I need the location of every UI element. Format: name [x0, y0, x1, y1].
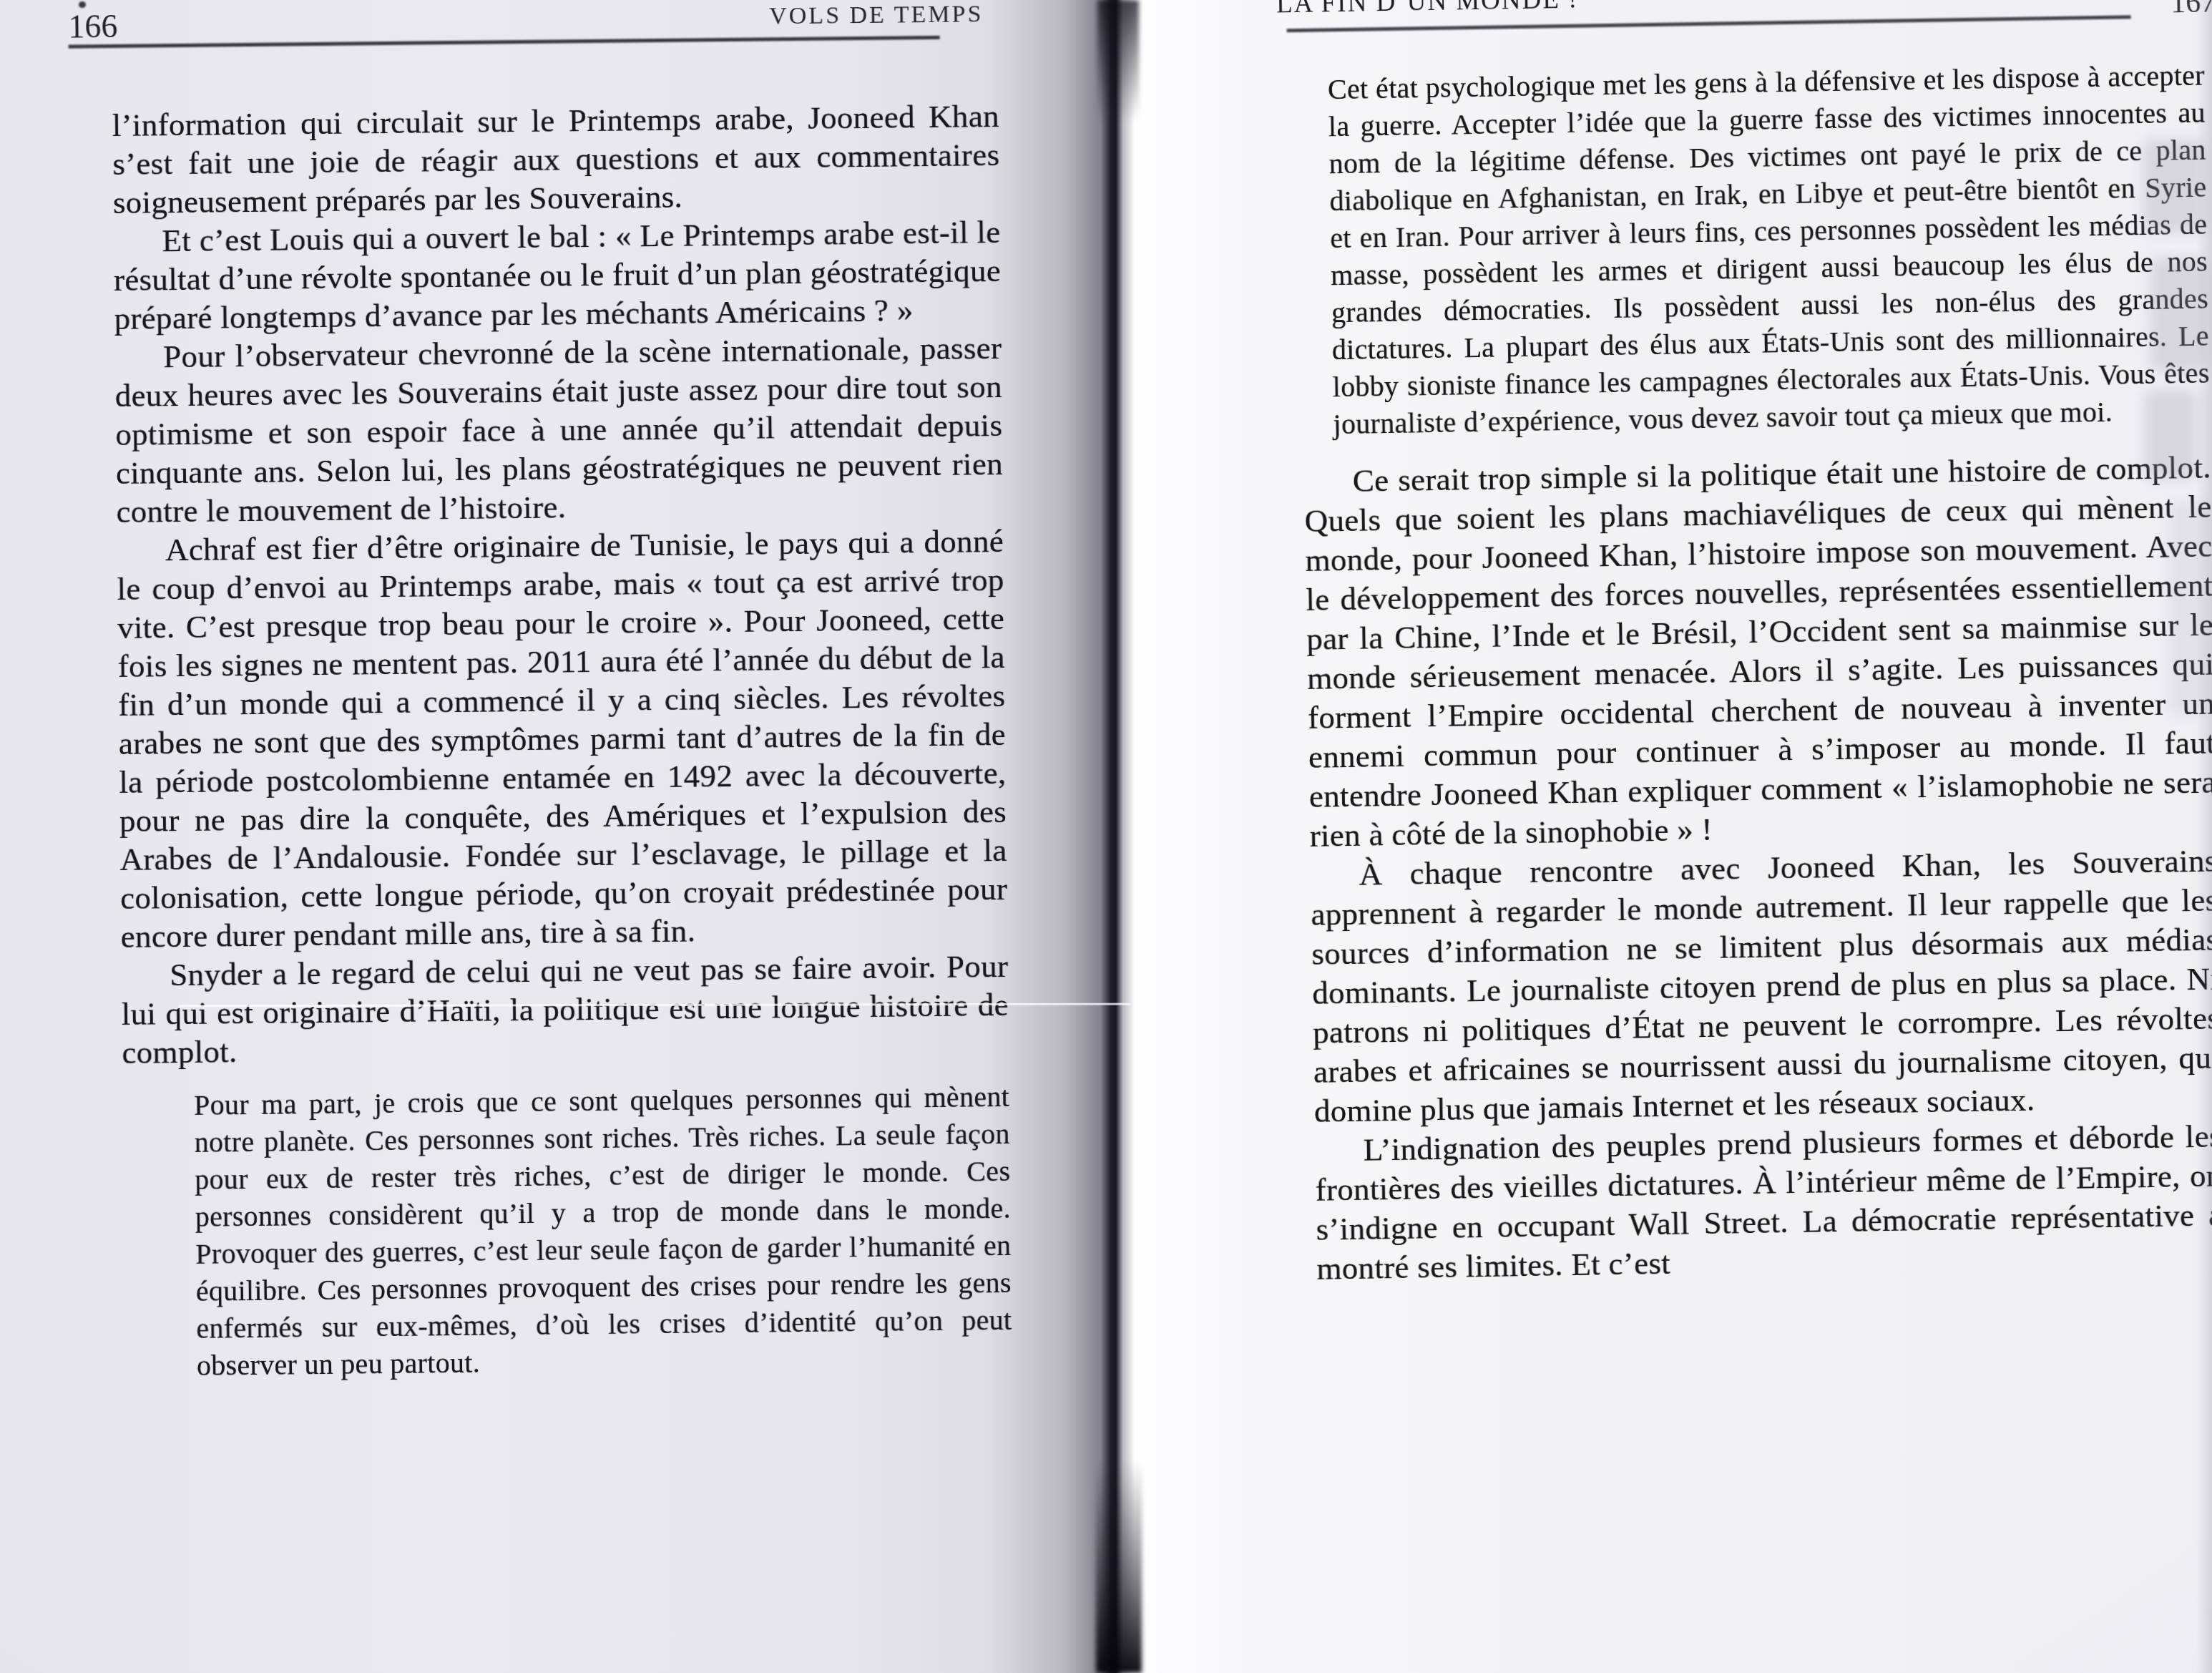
right-page-text: Cet état psychologique met les gens à la…: [1298, 57, 2212, 1289]
spine-gutter-shadow: [987, 0, 1159, 1673]
body-paragraph: L’indignation des peuples prend plusieur…: [1314, 1116, 2212, 1288]
body-paragraph: Et c’est Louis qui a ouvert le bal : « L…: [113, 213, 1002, 338]
header-rule-right: [1287, 15, 2131, 32]
scan-edge-shading: [2196, 0, 2212, 1673]
bleed-through-mark: [2143, 140, 2204, 233]
right-page: LA FIN D’UN MONDE ! 167 Cet état psychol…: [1296, 0, 2212, 1673]
block-quote: Pour ma part, je crois que ce sont quelq…: [194, 1078, 1012, 1385]
left-page: 166 VOLS DE TEMPS l’information qui circ…: [111, 0, 1015, 1673]
block-quote-continuation: Cet état psychologique met les gens à la…: [1328, 57, 2211, 444]
header-rule-left: [69, 36, 940, 49]
body-paragraph: Achraf est fier d’être originaire de Tun…: [117, 522, 1008, 956]
body-paragraph: À chaque rencontre avec Jooneed Khan, le…: [1310, 841, 2212, 1131]
body-paragraph: Snyder a le regard de celui qui ne veut …: [121, 947, 1009, 1072]
body-paragraph: l’information qui circulait sur le Print…: [112, 97, 1001, 222]
book-scan: 166 VOLS DE TEMPS l’information qui circ…: [0, 0, 2212, 1673]
body-paragraph: Ce serait trop simple si la politique ét…: [1303, 448, 2212, 856]
page-number-left: 166: [68, 7, 118, 46]
spine-shadow-top: [1097, 0, 1139, 122]
running-header-left: VOLS DE TEMPS: [769, 1, 983, 30]
left-page-text: l’information qui circulait sur le Print…: [112, 97, 1013, 1385]
body-paragraph: Pour l’observateur chevronné de la scène…: [114, 328, 1004, 531]
spine-shadow-bottom: [1096, 1460, 1142, 1673]
scan-speck: [79, 1, 86, 8]
running-header-right: LA FIN D’UN MONDE !: [1276, 0, 1579, 19]
bleed-through-mark: [2145, 390, 2198, 479]
